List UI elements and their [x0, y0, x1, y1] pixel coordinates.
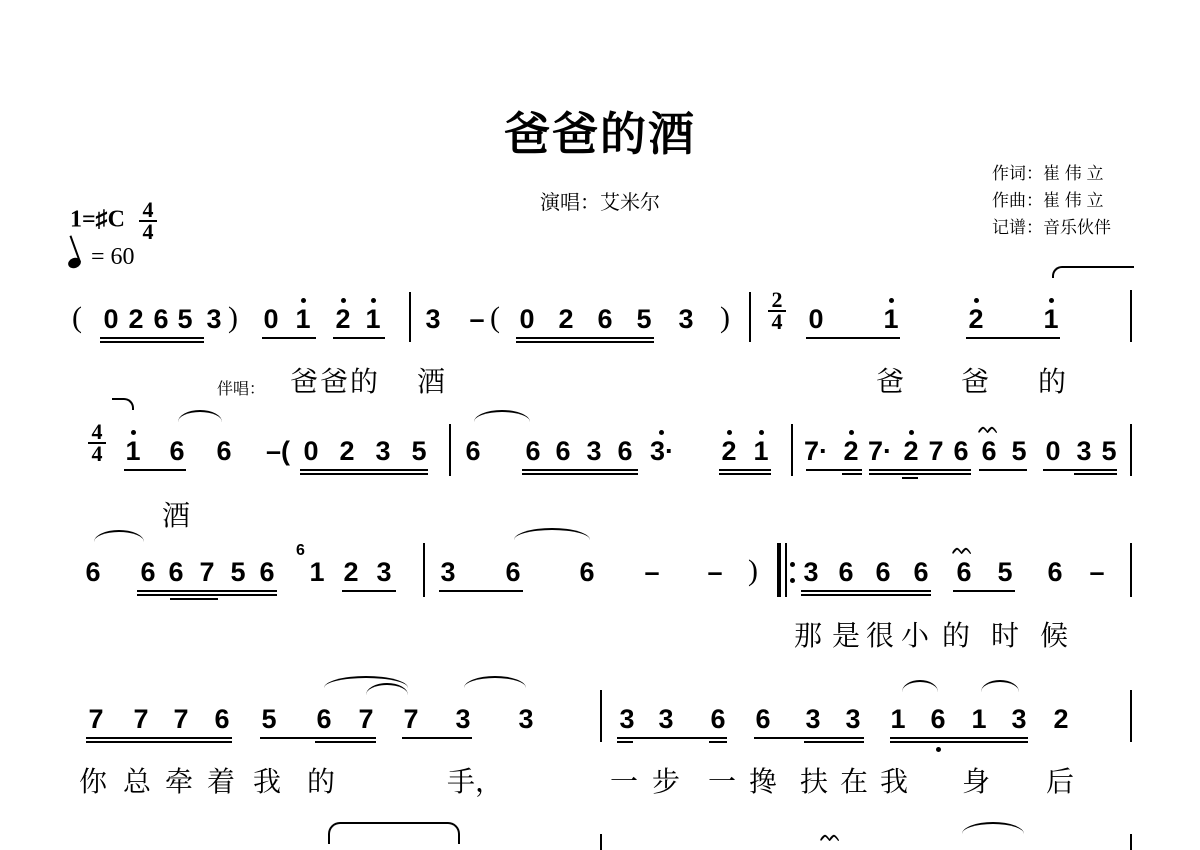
- close-paren: ): [720, 303, 730, 333]
- note: 3: [616, 704, 638, 734]
- note: 2: [718, 436, 740, 466]
- note: 0: [300, 436, 322, 466]
- note: 1: [750, 436, 772, 466]
- note: 0: [1042, 436, 1064, 466]
- note: 7: [130, 704, 152, 734]
- backing-vocal-label: 伴唱：: [217, 376, 265, 399]
- lyricist-credit: 作词：崔 伟 立: [992, 160, 1111, 187]
- note: 1: [362, 304, 384, 334]
- close-paren: ): [228, 303, 238, 333]
- lyric: 是: [832, 620, 860, 652]
- note: 2: [840, 436, 862, 466]
- note: 6: [576, 557, 598, 587]
- lyric: 在: [840, 766, 868, 798]
- lyric: 总: [123, 766, 151, 798]
- tempo-marking: = 60: [68, 244, 135, 271]
- note: 7: [170, 704, 192, 734]
- grace-note: 6: [296, 542, 305, 560]
- note: 6: [256, 557, 278, 587]
- note: 6: [82, 557, 104, 587]
- note: 3: [515, 704, 537, 734]
- note: 6: [522, 436, 544, 466]
- dash: –: [641, 557, 663, 587]
- note: 5: [408, 436, 430, 466]
- note: 7: [400, 704, 422, 734]
- note: 5: [258, 704, 280, 734]
- note-dotted: 7·: [868, 436, 898, 466]
- note: 6: [835, 557, 857, 587]
- note: 6: [1044, 557, 1066, 587]
- note: 2: [965, 304, 987, 334]
- note: 1: [306, 557, 328, 587]
- composer-credit: 作曲：崔 伟 立: [992, 187, 1111, 214]
- note: 6: [927, 704, 949, 734]
- note: 3: [802, 704, 824, 734]
- note: 0: [805, 304, 827, 334]
- note: 2: [332, 304, 354, 334]
- note: 1: [887, 704, 909, 734]
- note: 1: [880, 304, 902, 334]
- lyric: 着: [207, 766, 235, 798]
- lyric: 酒: [417, 366, 445, 398]
- note: 2: [1050, 704, 1072, 734]
- note: 6: [150, 304, 172, 334]
- note: 6: [213, 436, 235, 466]
- note: 2: [336, 436, 358, 466]
- song-title: 爸爸的酒: [0, 98, 1200, 164]
- note: 7: [355, 704, 377, 734]
- quarter-note-icon: [67, 256, 83, 270]
- note: 6: [552, 436, 574, 466]
- lyric: 后: [1046, 766, 1074, 798]
- note: 3: [373, 557, 395, 587]
- note: 7: [925, 436, 947, 466]
- note: 6: [707, 704, 729, 734]
- lyric: 小: [901, 620, 929, 652]
- note: 0: [516, 304, 538, 334]
- lyric: 你: [79, 766, 107, 798]
- note-dotted: 3·: [650, 436, 686, 466]
- dash: –: [704, 557, 726, 587]
- note: 3: [437, 557, 459, 587]
- note: 7: [196, 557, 218, 587]
- note: 3: [655, 704, 677, 734]
- note: 6: [211, 704, 233, 734]
- note: 6: [165, 557, 187, 587]
- note: 6: [950, 436, 972, 466]
- transcriber-credit: 记谱：音乐伙伴: [992, 214, 1111, 241]
- note: 6: [872, 557, 894, 587]
- mordent-icon: ᨈᨈ: [820, 828, 838, 845]
- note: 6: [953, 557, 975, 587]
- note: 3: [372, 436, 394, 466]
- note: 6: [752, 704, 774, 734]
- key-label: 1=♯C: [70, 207, 125, 233]
- tempo-value: = 60: [91, 244, 135, 270]
- note: 1: [1040, 304, 1062, 334]
- lyric: 很: [866, 620, 894, 652]
- open-paren: (: [490, 303, 500, 333]
- note: 6: [166, 436, 188, 466]
- mordent-icon: ᨈᨈ: [978, 420, 996, 437]
- note: 3: [203, 304, 225, 334]
- note: 3: [452, 704, 474, 734]
- note: 3: [675, 304, 697, 334]
- note: 3: [1008, 704, 1030, 734]
- lyric: 爸爸的: [290, 366, 380, 398]
- lyric: 我: [253, 766, 281, 798]
- lyric: 酒: [162, 500, 190, 532]
- note: 7: [85, 704, 107, 734]
- lyric: 的: [307, 766, 335, 798]
- note: 5: [633, 304, 655, 334]
- note: 6: [137, 557, 159, 587]
- lyric: 我: [880, 766, 908, 798]
- note: 3: [800, 557, 822, 587]
- note: 6: [614, 436, 636, 466]
- lyric: 爸: [876, 366, 904, 398]
- lyric: 身: [962, 766, 990, 798]
- note: 2: [125, 304, 147, 334]
- time-change: 24: [768, 290, 786, 332]
- note: 6: [502, 557, 524, 587]
- note: 1: [122, 436, 144, 466]
- lyric: 候: [1040, 620, 1068, 652]
- lyric: 步: [652, 766, 680, 798]
- note: 5: [174, 304, 196, 334]
- lyric: 时: [991, 620, 1019, 652]
- lyric: 的: [1038, 366, 1066, 398]
- dash: –: [466, 304, 488, 334]
- lyric: 手，: [447, 766, 503, 798]
- note: 5: [1098, 436, 1120, 466]
- note: 6: [978, 436, 1000, 466]
- note: 6: [313, 704, 335, 734]
- dash: –: [1086, 557, 1108, 587]
- lyric: 的: [942, 620, 970, 652]
- credits-block: 作词：崔 伟 立 作曲：崔 伟 立 记谱：音乐伙伴: [992, 160, 1111, 241]
- note: 2: [555, 304, 577, 334]
- lyric: 扶: [800, 766, 828, 798]
- time-signature: 4 4: [139, 200, 157, 242]
- open-paren: (: [72, 303, 82, 333]
- note: 3: [842, 704, 864, 734]
- lyric: 一: [708, 766, 736, 798]
- note: 0: [100, 304, 122, 334]
- lyric: 搀: [749, 766, 777, 798]
- time-change: 44: [88, 422, 106, 464]
- note: 5: [1008, 436, 1030, 466]
- key-signature: 1=♯C 4 4: [70, 200, 157, 242]
- note: 1: [968, 704, 990, 734]
- close-paren: ): [748, 556, 758, 586]
- lyric: 爸: [961, 366, 989, 398]
- note: 3: [1073, 436, 1095, 466]
- note: 6: [910, 557, 932, 587]
- lyric: 牵: [165, 766, 193, 798]
- note: 1: [292, 304, 314, 334]
- note: 3: [422, 304, 444, 334]
- note: 2: [340, 557, 362, 587]
- note: 6: [594, 304, 616, 334]
- note-dotted: 7·: [804, 436, 834, 466]
- note: 0: [260, 304, 282, 334]
- note: 2: [900, 436, 922, 466]
- dash-paren: –(: [258, 436, 298, 466]
- note: 5: [227, 557, 249, 587]
- note: 5: [994, 557, 1016, 587]
- note: 3: [583, 436, 605, 466]
- note: 6: [462, 436, 484, 466]
- mordent-icon: ᨈᨈ: [952, 541, 970, 558]
- lyric: 那: [794, 620, 822, 652]
- lyric: 一: [610, 766, 638, 798]
